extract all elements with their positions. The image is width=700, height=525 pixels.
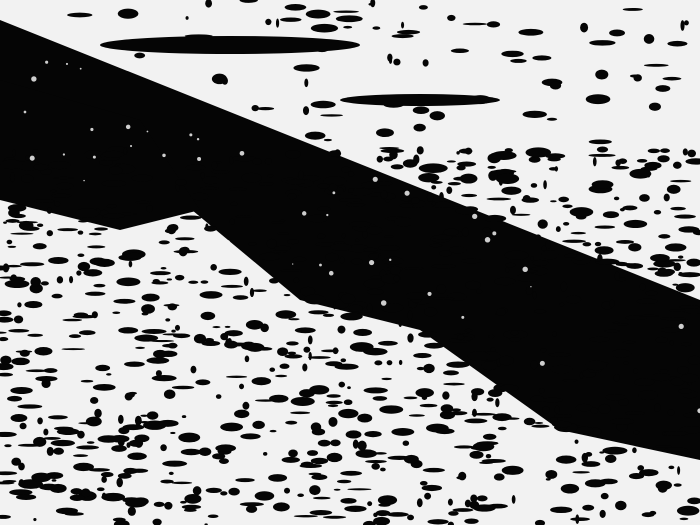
photo-canvas [0, 0, 700, 525]
grainy-photo [0, 0, 700, 525]
